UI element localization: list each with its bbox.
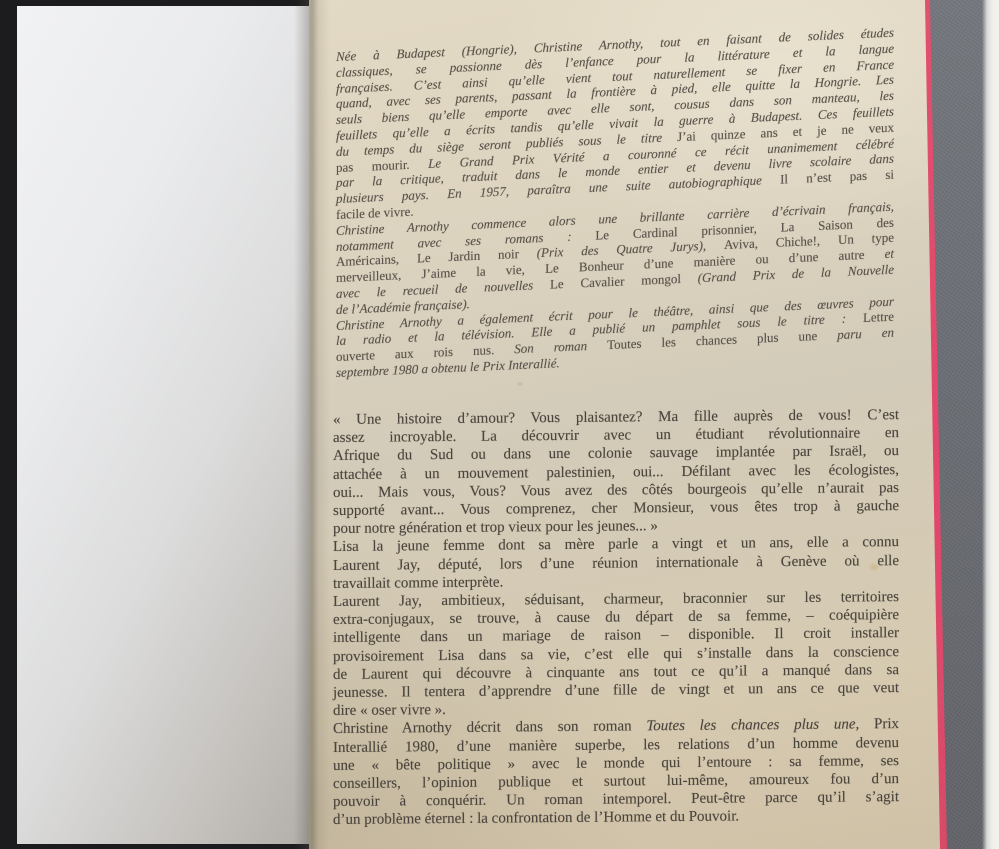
book-photo-scene: Née à Budapest (Hongrie), Christine Arno… xyxy=(0,0,999,849)
text-segment: Lettre xyxy=(863,309,894,325)
text-segment: Christine Arnothy décrit dans son roman xyxy=(333,719,646,738)
text-segment: dire « oser vivre ». xyxy=(333,702,446,719)
background-right-light-strip xyxy=(982,0,999,849)
text-segment: Son roman xyxy=(514,337,607,356)
text-segment: et xyxy=(885,246,894,261)
text-segment: d’un problème éternel : la confrontation… xyxy=(333,809,739,829)
text-segment: pour notre génération et trop vieux pour… xyxy=(333,518,658,537)
left-blank-page xyxy=(17,6,309,844)
novel-synopsis-block: « Une histoire d’amour? Vous plaisantez?… xyxy=(333,406,899,830)
page-gutter-shadow xyxy=(294,0,330,849)
text-segment: Toutes les chances plus une, xyxy=(646,717,859,735)
author-bio-italic-block: Née à Budapest (Hongrie), Christine Arno… xyxy=(336,25,894,381)
text-segment: Prix xyxy=(859,717,899,733)
text-segment: paru en xyxy=(837,325,894,342)
text-segment: Laurent Jay, député, lors d’une réunion … xyxy=(333,553,899,574)
text-segment: travaillait comme interprète. xyxy=(333,574,503,591)
